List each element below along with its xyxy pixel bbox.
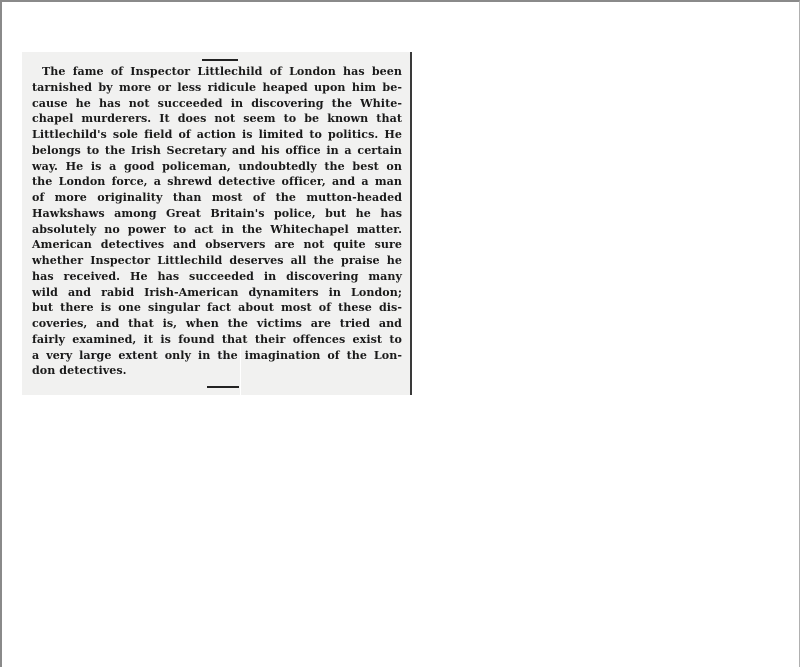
article-line: way. He is a good policeman, undoubtedly… <box>32 159 402 175</box>
article-line: Littlechild's sole field of action is li… <box>32 127 402 143</box>
article-line: a very large extent only in the imaginat… <box>32 348 402 364</box>
newspaper-clipping: The fame of Inspector Littlechild of Lon… <box>22 52 412 395</box>
article-line: whether Inspector Littlechild deserves a… <box>32 253 402 269</box>
top-divider-rule <box>202 59 238 61</box>
article-line: fairly examined, it is found that their … <box>32 332 402 348</box>
article-line: of more originality than most of the mut… <box>32 190 402 206</box>
article-line: cause he has not succeeded in discoverin… <box>32 96 402 112</box>
article-line: Hawkshaws among Great Britain's police, … <box>32 206 402 222</box>
bottom-divider-rule <box>207 386 233 388</box>
article-line: the London force, a shrewd detective off… <box>32 174 402 190</box>
article-line: American detectives and observers are no… <box>32 237 402 253</box>
article-line: absolutely no power to act in the Whitec… <box>32 222 402 238</box>
article-line: coveries, and that is, when the victims … <box>32 316 402 332</box>
article-line: chapel murderers. It does not seem to be… <box>32 111 402 127</box>
article-line: tarnished by more or less ridicule heape… <box>32 80 402 96</box>
article-line: The fame of Inspector Littlechild of Lon… <box>32 64 402 80</box>
article-line: wild and rabid Irish-American dynamiters… <box>32 285 402 301</box>
article-line: belongs to the Irish Secretary and his o… <box>32 143 402 159</box>
article-line: but there is one singular fact about mos… <box>32 300 402 316</box>
article-body: The fame of Inspector Littlechild of Lon… <box>32 64 402 379</box>
page-frame: The fame of Inspector Littlechild of Lon… <box>0 0 800 667</box>
article-line: has received. He has succeeded in discov… <box>32 269 402 285</box>
article-line: don detectives. <box>32 363 402 379</box>
